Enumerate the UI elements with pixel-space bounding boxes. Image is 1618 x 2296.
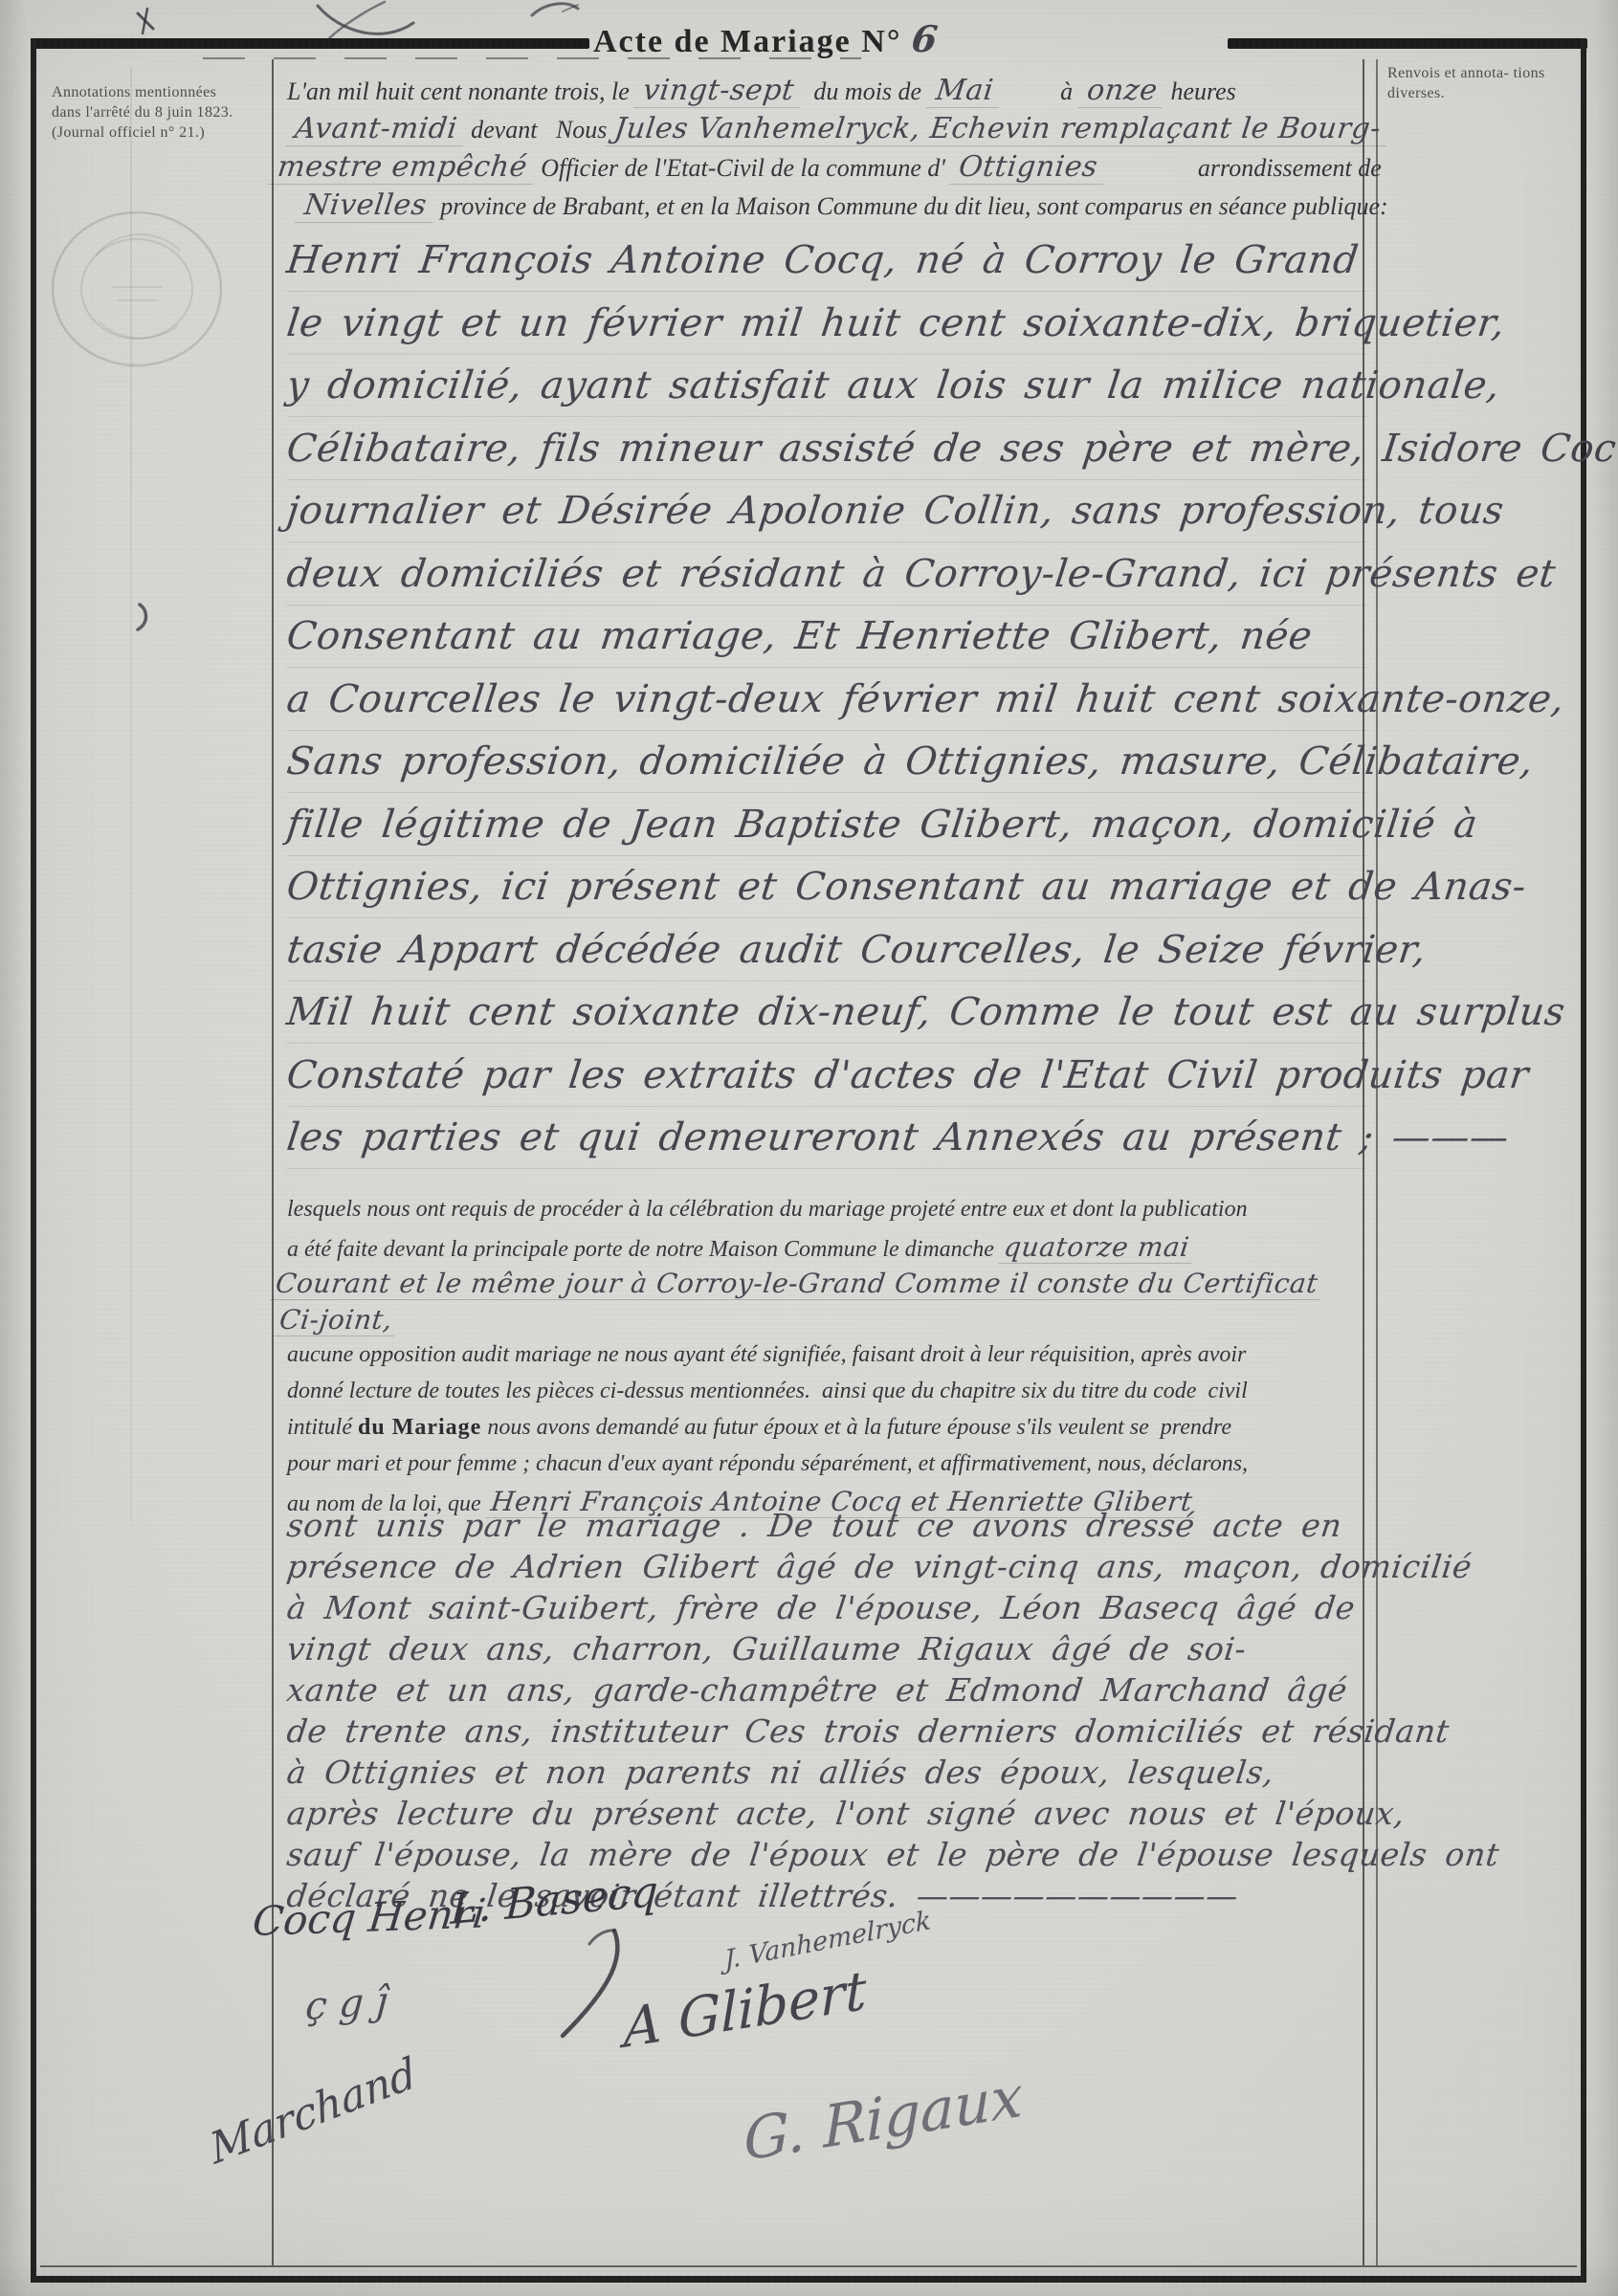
handwritten-text: Jules Vanhemelryck, Echevin remplaçant l… [605, 115, 1390, 146]
scanned-marriage-record: Acte de Mariage N° 6 Annotations mention… [0, 0, 1618, 2296]
handwritten-line: a Courcelles le vingt-deux février mil h… [287, 680, 1366, 731]
handwritten-text: Ottignies [949, 153, 1107, 185]
handwritten-text: mestre empêché [268, 153, 537, 185]
signature: Marchand [207, 2052, 420, 2172]
handwritten-line: fille légitime de Jean Baptiste Glibert,… [287, 806, 1366, 856]
printed-text: à [1054, 77, 1079, 105]
handwritten-text: Constaté par les extraits d'actes de l'E… [285, 1056, 1532, 1094]
handwritten-line: Ottignies, ici présent et Consentant au … [287, 868, 1366, 918]
handwritten-line: journalier et Désirée Apolonie Collin, s… [287, 492, 1366, 542]
handwritten-line: Henri François Antoine Cocq, né à Corroy… [287, 241, 1366, 292]
handwritten-text: onze [1077, 77, 1166, 108]
form-paragraph-line: donné lecture de toutes les pièces ci-de… [287, 1380, 1366, 1402]
handwritten-line: Célibataire, fils mineur assisté de ses … [287, 430, 1366, 480]
handwritten-text: les parties et qui demeureront Annexés a… [285, 1118, 1512, 1157]
handwritten-text: quatorze mai [998, 1234, 1195, 1264]
form-paragraph-line: Ci-joint, [287, 1307, 1366, 1336]
handwritten-text: tasie Appart décédée audit Courcelles, l… [285, 931, 1429, 969]
handwritten-line: vingt deux ans, charron, Guillaume Rigau… [287, 1633, 1366, 1665]
handwritten-text: à Mont saint-Guibert, frère de l'épouse,… [285, 1592, 1357, 1623]
handwritten-text: a Courcelles le vingt-deux février mil h… [285, 680, 1567, 718]
handwritten-line: présence de Adrien Glibert âgé de vingt-… [287, 1551, 1366, 1582]
handwritten-line: Consentant au mariage, Et Henriette Glib… [287, 617, 1366, 668]
form-header-line: Nivelles province de Brabant, et en la M… [287, 191, 1366, 223]
handwritten-text: de trente ans, instituteur Ces trois der… [285, 1715, 1452, 1747]
handwritten-text: deux domiciliés et résidant à Corroy-le-… [285, 555, 1559, 593]
handwritten-text: Célibataire, fils mineur assisté de ses … [285, 430, 1618, 468]
handwritten-line: sont unis par le mariage . De tout ce av… [287, 1510, 1366, 1541]
signature: J. Vanhemelryck [724, 1908, 932, 1974]
signature: A Glibert [623, 1964, 867, 2057]
handwritten-line: à Ottignies et non parents ni alliés des… [287, 1756, 1366, 1788]
form-paragraph-line: a été faite devant la principale porte d… [287, 1234, 1366, 1264]
record-text-area: L'an mil huit cent nonante trois, le vin… [0, 0, 1618, 2296]
printed-text: a été faite devant la principale porte d… [287, 1237, 1000, 1262]
handwritten-text: à Ottignies et non parents ni alliés des… [285, 1756, 1276, 1788]
form-paragraph-line: lesquels nous ont requis de procéder à l… [287, 1198, 1366, 1221]
printed-text: pour mari et pour femme ; chacun d'eux a… [287, 1451, 1248, 1476]
handwritten-text: le vingt et un février mil huit cent soi… [285, 304, 1508, 342]
printed-text: arrondissement de [1191, 154, 1381, 182]
handwritten-text: après lecture du présent acte, l'ont sig… [285, 1798, 1407, 1829]
form-paragraph-line: aucune opposition audit mariage ne nous … [287, 1343, 1366, 1366]
handwritten-line: Sans profession, domiciliée à Ottignies,… [287, 742, 1366, 793]
form-paragraph-line: intitulé du Mariage nous avons demandé a… [287, 1416, 1366, 1439]
handwritten-text: Mil huit cent soixante dix-neuf, Comme l… [285, 993, 1568, 1031]
printed-text: heures [1164, 77, 1236, 105]
handwritten-line: y domicilié, ayant satisfait aux lois su… [287, 366, 1366, 417]
form-header-line: Avant-midi devant NousJules Vanhemelryck… [287, 115, 1366, 146]
handwritten-line: les parties et qui demeureront Annexés a… [287, 1118, 1366, 1169]
form-header-line: L'an mil huit cent nonante trois, le vin… [287, 77, 1366, 108]
handwritten-line: deux domiciliés et résidant à Corroy-le-… [287, 555, 1366, 606]
printed-text: devant Nous [465, 116, 608, 143]
signature: ç g ĵ [304, 1982, 388, 2026]
printed-text: nous avons demandé au futur époux et à l… [481, 1415, 1231, 1440]
printed-text: L'an mil huit cent nonante trois, le [287, 77, 635, 105]
handwritten-text: sauf l'épouse, la mère de l'époux et le … [285, 1839, 1501, 1870]
handwritten-text: Henri François Antoine Cocq, né à Corroy… [285, 241, 1362, 279]
printed-text: du mois de [808, 77, 928, 105]
handwritten-text: présence de Adrien Glibert âgé de vingt-… [285, 1551, 1474, 1582]
handwritten-text: journalier et Désirée Apolonie Collin, s… [285, 492, 1507, 530]
handwritten-text: vingt-sept [633, 77, 804, 108]
handwritten-line: le vingt et un février mil huit cent soi… [287, 304, 1366, 355]
handwritten-text: Ci-joint, [274, 1307, 398, 1336]
handwritten-line: xante et un ans, garde-champêtre et Edmo… [287, 1674, 1366, 1706]
handwritten-text: Courant et le même jour à Corroy-le-Gran… [270, 1270, 1323, 1300]
handwritten-text: Avant-midi [285, 115, 467, 146]
form-header-line: mestre empêché Officier de l'Etat-Civil … [287, 153, 1366, 185]
signature: G. Rigaux [743, 2067, 1023, 2170]
handwritten-text: vingt deux ans, charron, Guillaume Rigau… [285, 1633, 1249, 1665]
form-paragraph-line: pour mari et pour femme ; chacun d'eux a… [287, 1452, 1366, 1475]
handwritten-line: Mil huit cent soixante dix-neuf, Comme l… [287, 993, 1366, 1044]
printed-text: aucune opposition audit mariage ne nous … [287, 1342, 1246, 1367]
printed-text-bold: du Mariage [358, 1415, 481, 1440]
handwritten-line: à Mont saint-Guibert, frère de l'épouse,… [287, 1592, 1366, 1623]
printed-text: province de Brabant, et en la Maison Com… [434, 192, 1388, 220]
printed-text: Officier de l'Etat-Civil de la commune d… [535, 154, 952, 182]
handwritten-text: fille légitime de Jean Baptiste Glibert,… [285, 806, 1480, 844]
handwritten-line: tasie Appart décédée audit Courcelles, l… [287, 931, 1366, 982]
handwritten-line: de trente ans, instituteur Ces trois der… [287, 1715, 1366, 1747]
handwritten-text: Consentant au mariage, Et Henriette Glib… [285, 617, 1315, 655]
printed-text: intitulé [287, 1415, 358, 1440]
handwritten-line: Constaté par les extraits d'actes de l'E… [287, 1056, 1366, 1107]
handwritten-line: après lecture du présent acte, l'ont sig… [287, 1798, 1366, 1829]
handwritten-text: Nivelles [295, 191, 436, 223]
handwritten-text: Mai [926, 77, 1003, 108]
handwritten-text: Sans profession, domiciliée à Ottignies,… [285, 742, 1536, 781]
handwritten-text: y domicilié, ayant satisfait aux lois su… [285, 366, 1502, 405]
handwritten-text: sont unis par le mariage . De tout ce av… [285, 1510, 1343, 1541]
printed-text: lesquels nous ont requis de procéder à l… [287, 1197, 1248, 1222]
handwritten-line: sauf l'épouse, la mère de l'époux et le … [287, 1839, 1366, 1870]
handwritten-text: Ottignies, ici présent et Consentant au … [285, 868, 1529, 906]
form-paragraph-line: Courant et le même jour à Corroy-le-Gran… [287, 1270, 1366, 1300]
printed-text: donné lecture de toutes les pièces ci-de… [287, 1379, 1248, 1403]
handwritten-text: xante et un ans, garde-champêtre et Edmo… [285, 1674, 1349, 1706]
